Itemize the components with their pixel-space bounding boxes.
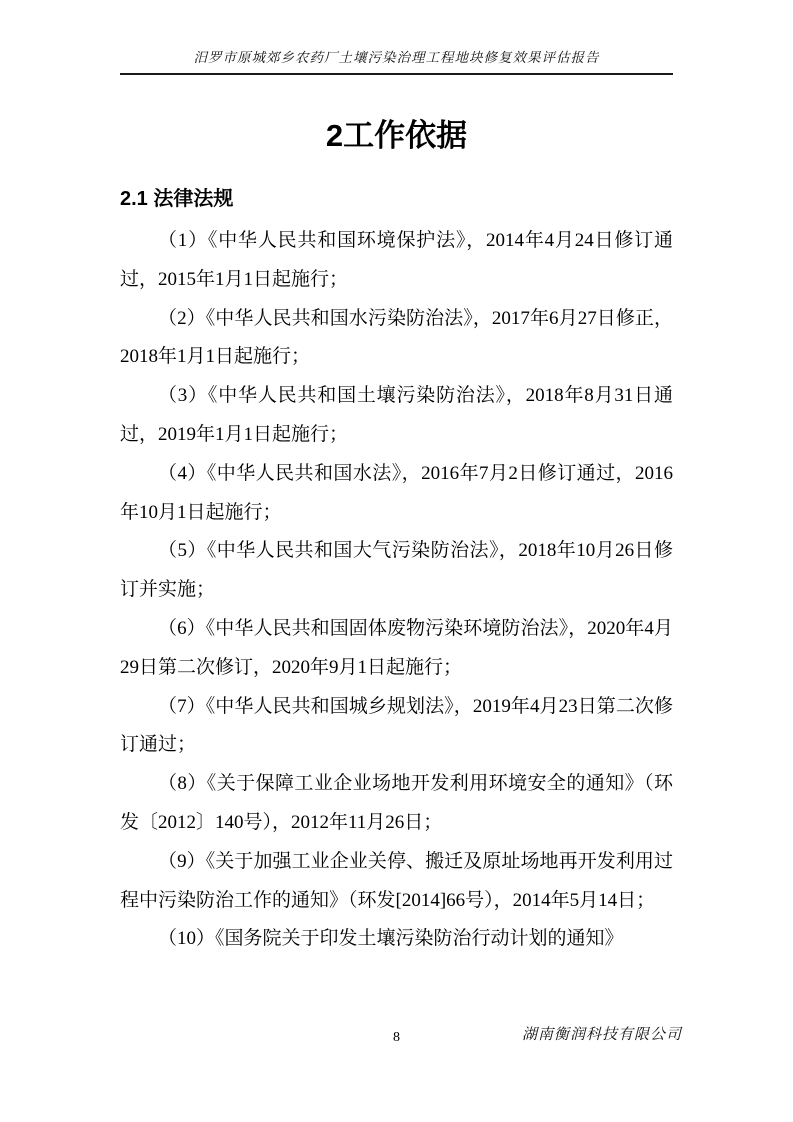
- page-title: 2工作依据: [0, 110, 793, 155]
- header-title: 汨罗市原城郊乡农药厂土壤污染治理工程地块修复效果评估报告: [194, 50, 600, 65]
- legal-item-2: （2）《中华人民共和国水污染防治法》，2017年6月27日修正，2018年1月1…: [120, 300, 673, 378]
- legal-item-9: （9）《关于加强工业企业关停、搬迁及原址场地再开发利用过程中污染防治工作的通知》…: [120, 843, 673, 921]
- legal-item-8: （8）《关于保障工业企业场地开发利用环境安全的通知》（环发〔2012〕140号）…: [120, 765, 673, 843]
- legal-item-3: （3）《中华人民共和国土壤污染防治法》，2018年8月31日通过，2019年1月…: [120, 377, 673, 455]
- legal-regulations-list: （1）《中华人民共和国环境保护法》，2014年4月24日修订通过，2015年1月…: [120, 222, 673, 959]
- section-heading: 2.1 法律法规: [120, 182, 233, 211]
- footer-company-name: 湖南衡润科技有限公司: [522, 1023, 682, 1044]
- report-page: 汨罗市原城郊乡农药厂土壤污染治理工程地块修复效果评估报告 2工作依据 2.1 法…: [0, 0, 793, 1122]
- legal-item-10: （10）《国务院关于印发土壤污染防治行动计划的通知》: [120, 920, 673, 959]
- legal-item-1: （1）《中华人民共和国环境保护法》，2014年4月24日修订通过，2015年1月…: [120, 222, 673, 300]
- legal-item-6: （6）《中华人民共和国固体废物污染环境防治法》，2020年4月29日第二次修订，…: [120, 610, 673, 688]
- legal-item-5: （5）《中华人民共和国大气污染防治法》，2018年10月26日修订并实施；: [120, 532, 673, 610]
- legal-item-7: （7）《中华人民共和国城乡规划法》，2019年4月23日第二次修订通过；: [120, 688, 673, 766]
- legal-item-4: （4）《中华人民共和国水法》，2016年7月2日修订通过，2016年10月1日起…: [120, 455, 673, 533]
- page-header: 汨罗市原城郊乡农药厂土壤污染治理工程地块修复效果评估报告: [120, 46, 673, 75]
